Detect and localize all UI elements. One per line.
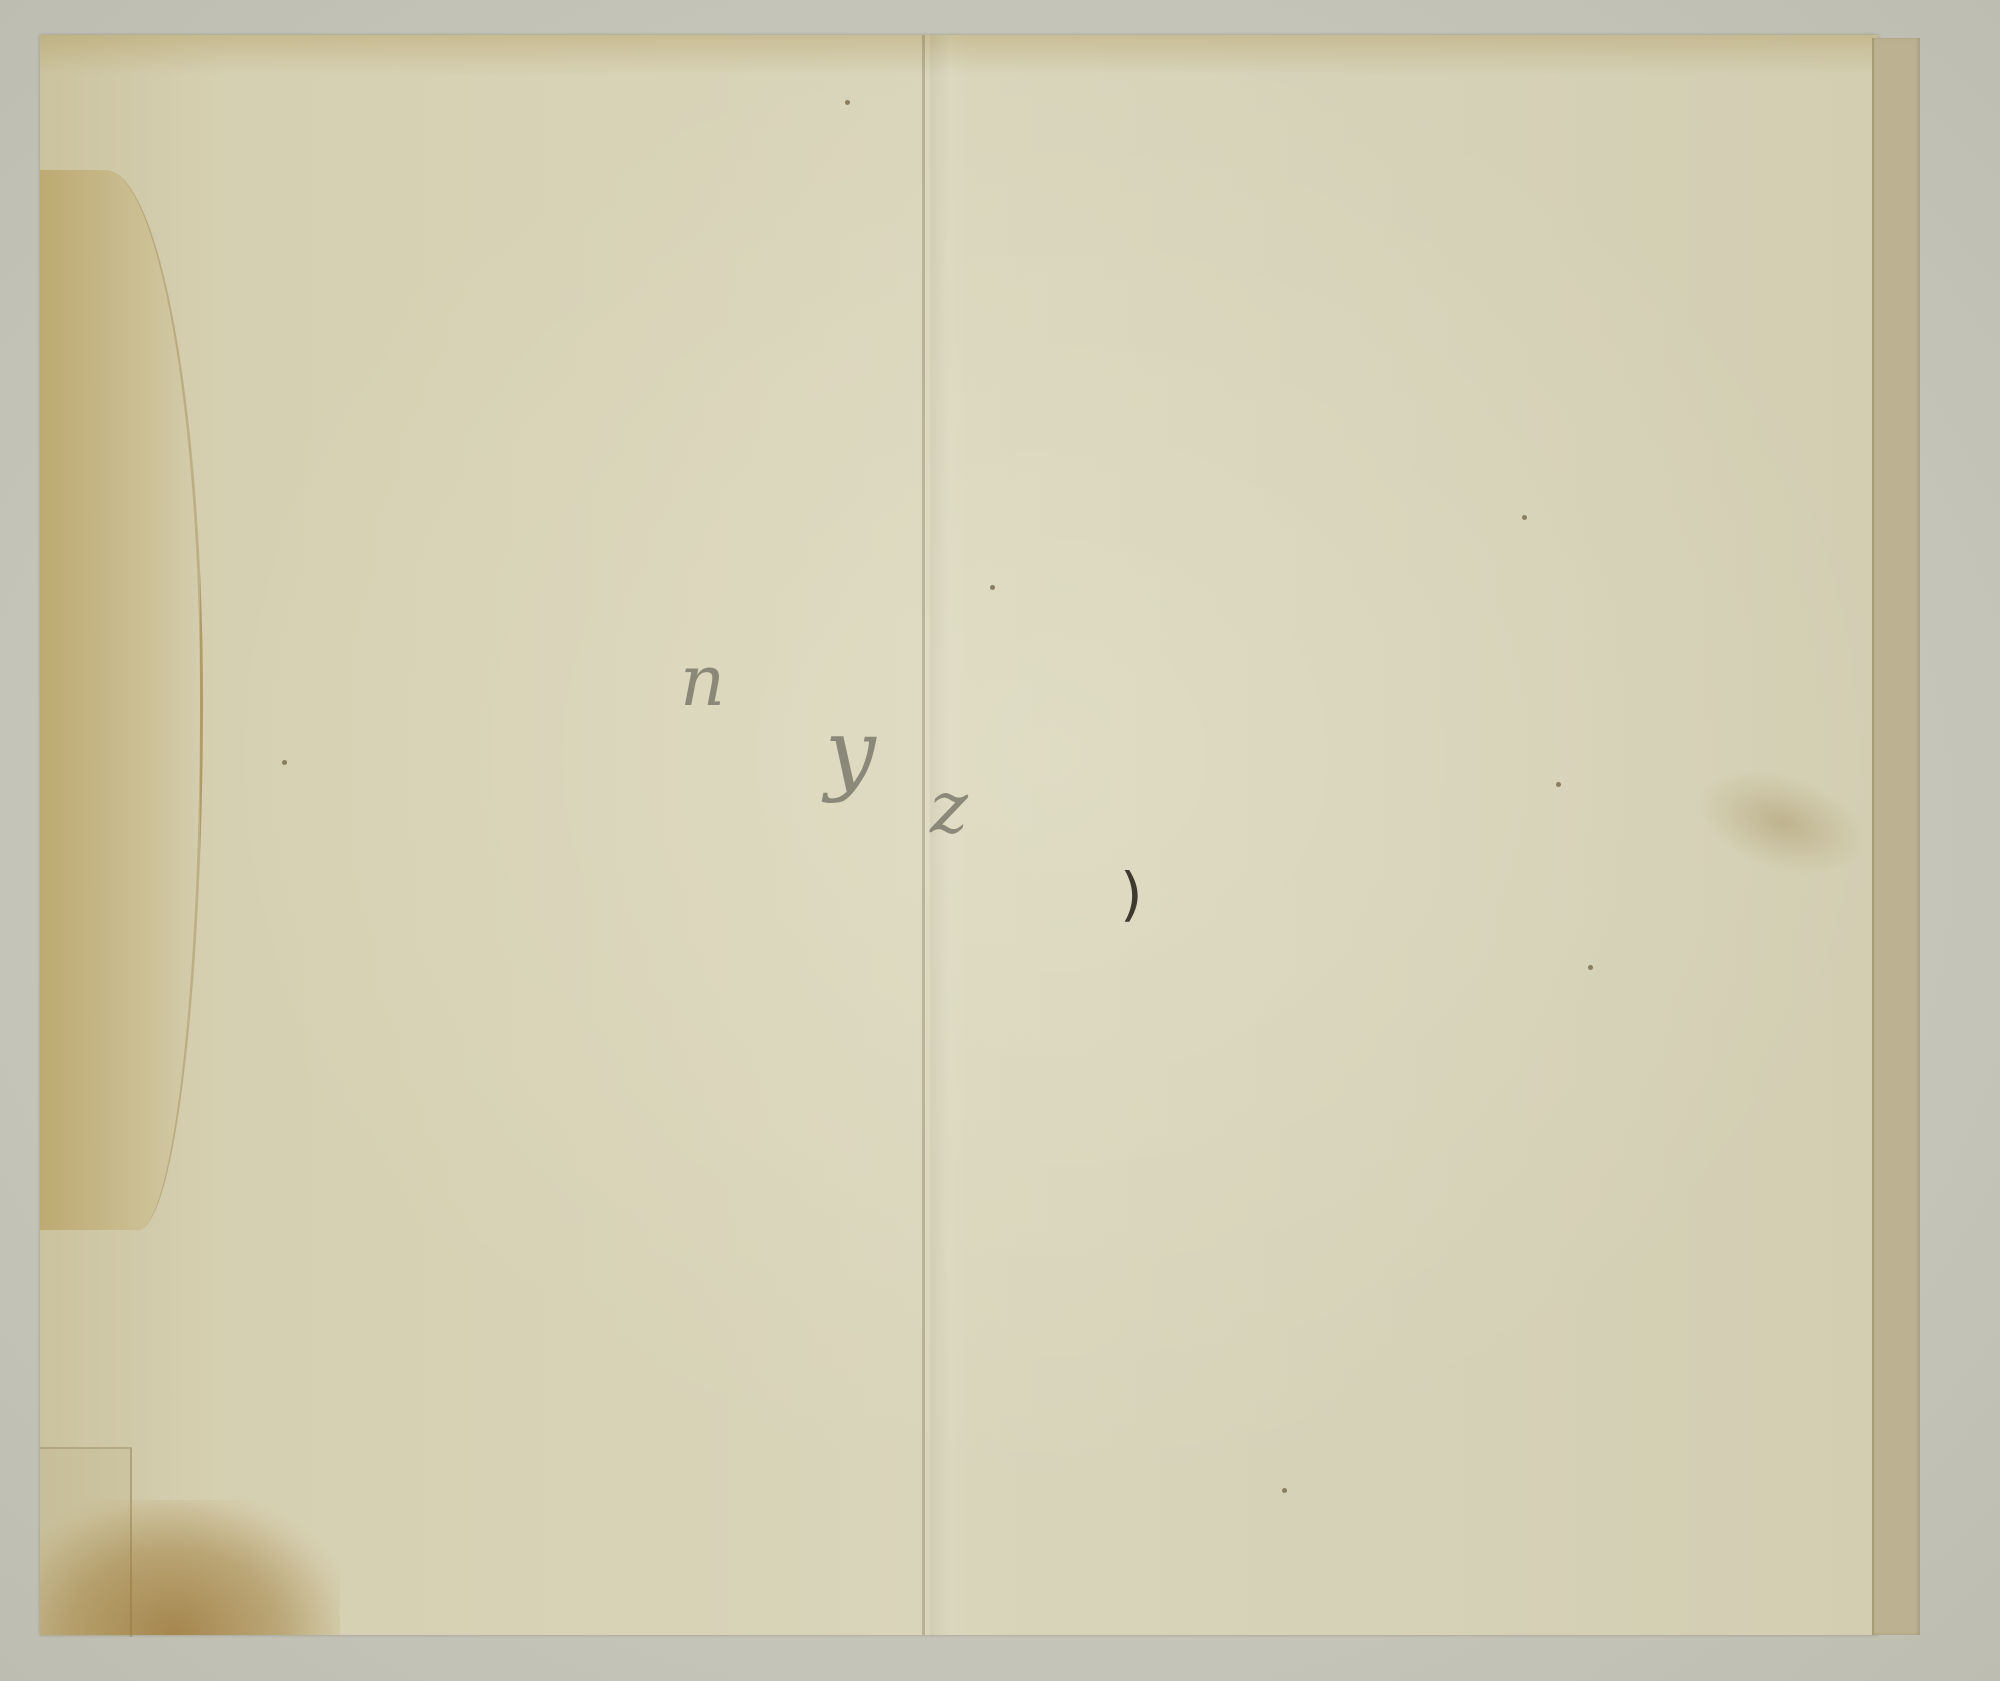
- speck: [1522, 515, 1527, 520]
- speck: [1282, 1488, 1287, 1493]
- hair-strand: ): [1120, 860, 1143, 928]
- center-fold-line: [922, 35, 925, 1635]
- bottom-left-stain: [40, 1500, 340, 1635]
- pencil-mark-1: n: [680, 640, 725, 722]
- speck: [282, 760, 287, 765]
- speck: [990, 585, 995, 590]
- speck: [1588, 965, 1593, 970]
- pencil-mark-2: y: [825, 700, 876, 805]
- right-edge-strip: [1872, 38, 1920, 1635]
- pencil-mark-3: z: [930, 765, 968, 849]
- speck: [1556, 782, 1561, 787]
- speck: [845, 100, 850, 105]
